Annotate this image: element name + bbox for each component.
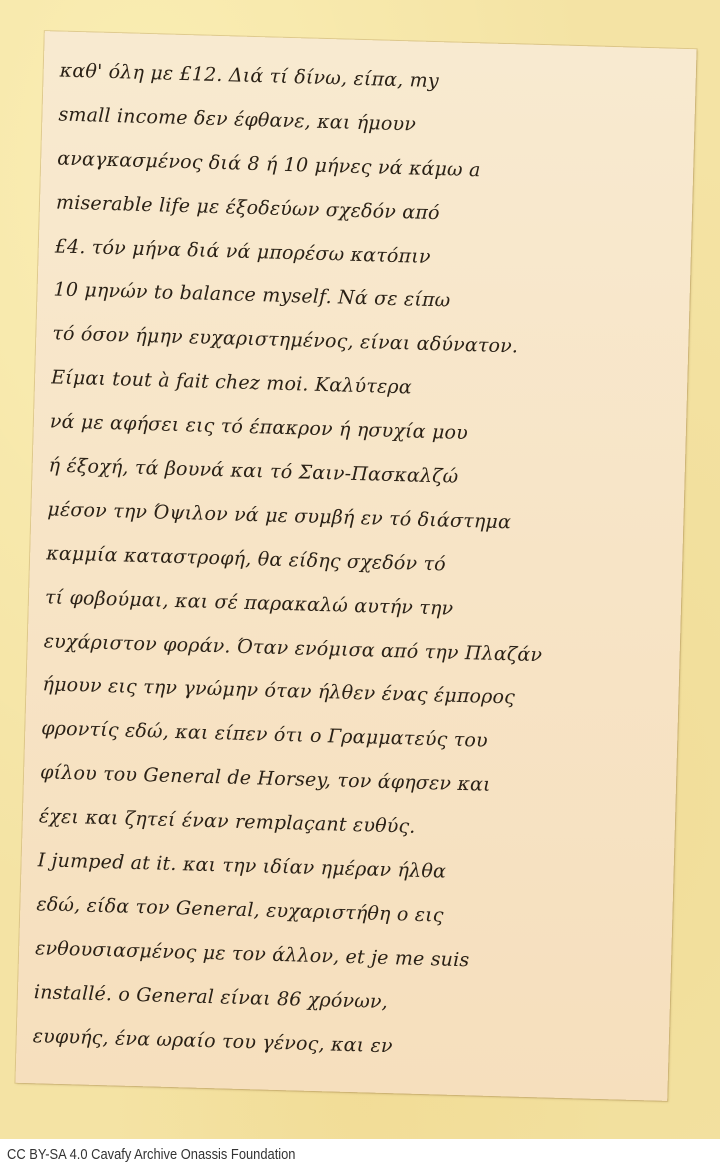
credit-footer: CC BY-SA 4.0 Cavafy Archive Onassis Foun… [0, 1139, 720, 1173]
letter-page: καθ' όλη με £12. Διά τί δίνω, είπα, my s… [15, 31, 696, 1101]
license-credit: CC BY-SA 4.0 Cavafy Archive Onassis Foun… [7, 1146, 295, 1163]
handwritten-text: καθ' όλη με £12. Διά τί δίνω, είπα, my s… [32, 50, 686, 1077]
